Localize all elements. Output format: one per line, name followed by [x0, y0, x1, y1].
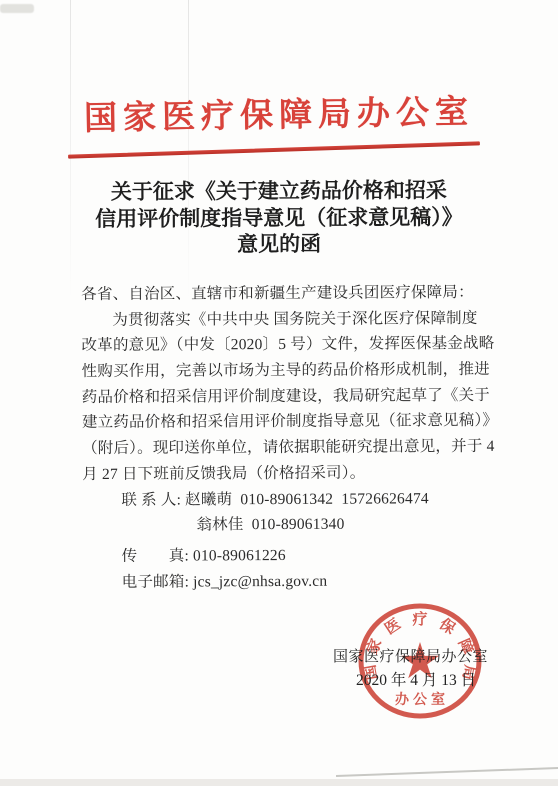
contact-person-line: 翁林佳 010-89061340	[82, 511, 482, 539]
seal-ring-char: 疗	[411, 610, 427, 628]
salutation-line: 各省、自治区、直辖市和新疆生产建设兵团医疗保障局：	[81, 280, 481, 308]
title-line: 信用评价制度指导意见（征求意见稿）》	[0, 204, 558, 233]
document-page: 国家医疗保障局办公室 关于征求《关于建立药品价格和招采 信用评价制度指导意见（征…	[0, 0, 558, 786]
document-body: 各省、自治区、直辖市和新疆生产建设兵团医疗保障局： 为贯彻落实《中共中央 国务院…	[81, 280, 483, 595]
body-line: 为贯彻落实《中共中央 国务院关于深化医疗保障制度	[81, 306, 481, 334]
agency-letterhead: 国家医疗保障局办公室	[0, 90, 558, 140]
title-line: 关于征求《关于建立药品价格和招采	[0, 178, 558, 207]
email-line: 电子邮箱: jcs_jzc@nhsa.gov.cn	[83, 568, 483, 596]
contact-person-line: 联 系 人: 赵曦萌 010-89061342 15726626474	[82, 485, 482, 513]
page-edge-line	[336, 767, 558, 777]
body-line: （附后）。现印送你单位，请依据职能研究提出意见，并于 4	[82, 434, 482, 462]
fax-line: 传 真: 010-89061226	[83, 542, 483, 570]
scan-smudge	[0, 4, 34, 13]
scanner-bed-strip	[0, 779, 558, 786]
body-line: 药品价格和招采信用评价制度建设，我局研究起草了《关于	[82, 383, 482, 411]
body-line: 建立药品价格和招采信用评价制度指导意见（征求意见稿）》	[82, 408, 482, 436]
body-line: 性购买作用，完善以市场为主导的药品价格形成机制，推进	[82, 357, 482, 385]
seal-bottom-text: 办公室	[395, 691, 449, 707]
body-line: 月 27 日下班前反馈我局（价格招采司）。	[82, 460, 482, 488]
signature-date: 2020 年 4 月 13 日	[356, 668, 476, 690]
body-line: 改革的意见》（中发〔2020〕5 号）文件，发挥医保基金战略	[81, 331, 481, 359]
signature-org: 国家医疗保障局办公室	[333, 645, 488, 666]
letterhead-rule-line	[68, 141, 480, 158]
document-title: 关于征求《关于建立药品价格和招采 信用评价制度指导意见（征求意见稿）》 意见的函	[0, 178, 558, 260]
title-line: 意见的函	[0, 231, 558, 260]
